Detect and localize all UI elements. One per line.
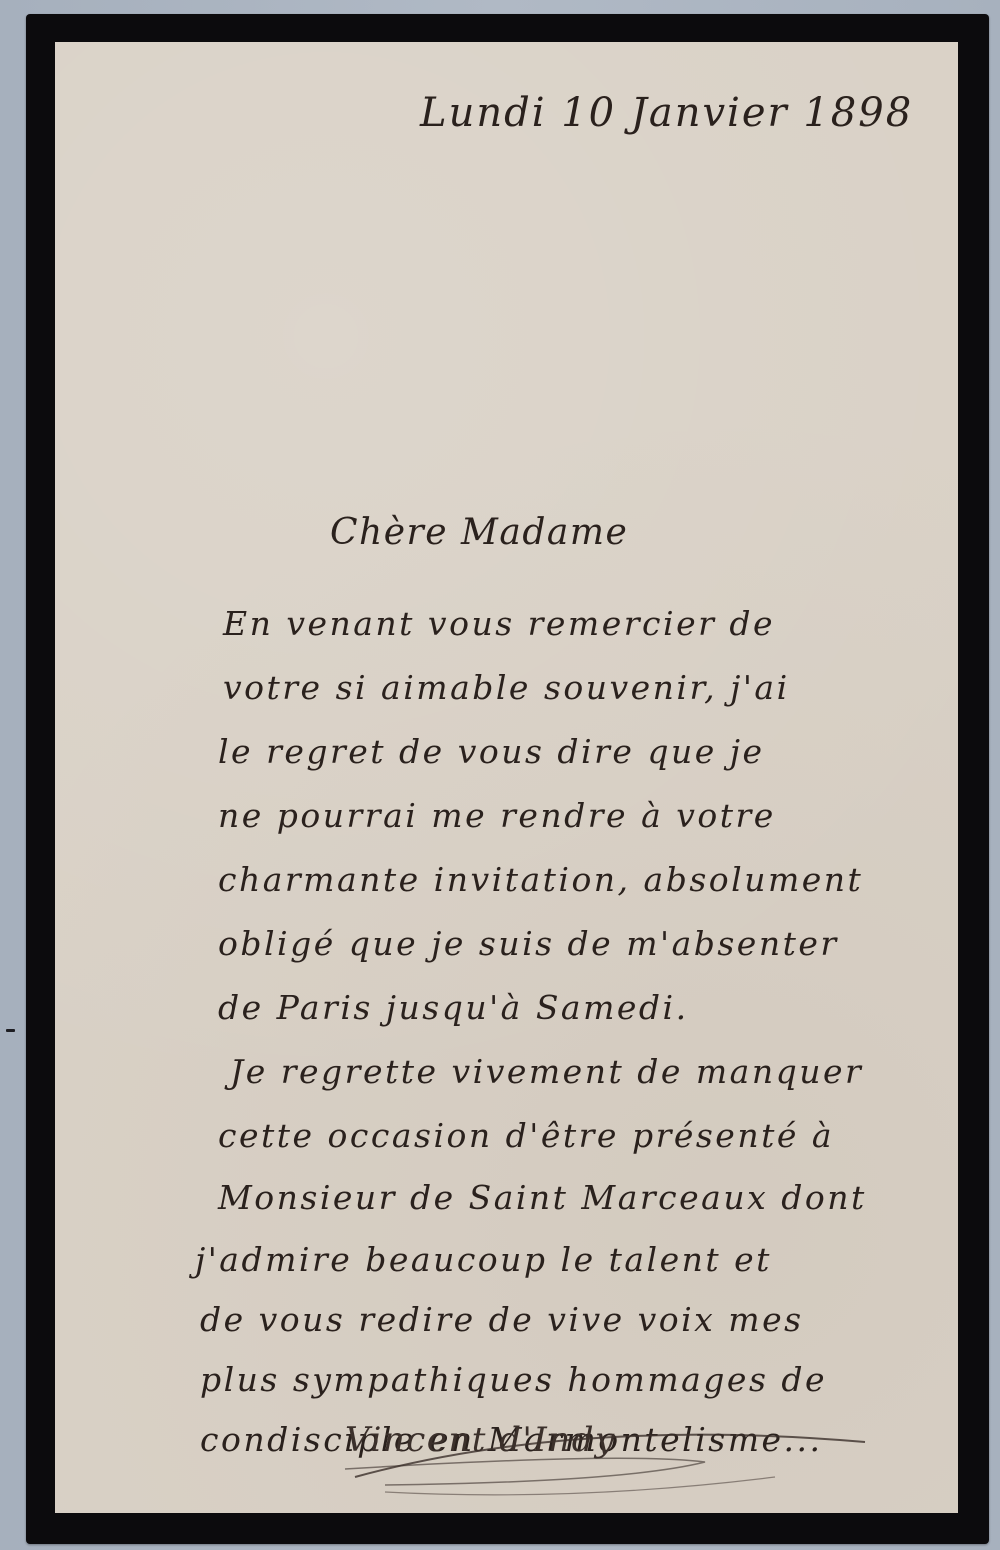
letter-signature: Vincent d'Indy	[345, 1420, 616, 1460]
letter-date: Lundi 10 Janvier 1898	[420, 90, 913, 136]
body-line-8: Je regrette vivement de manquer	[230, 1052, 863, 1091]
body-line-10: Monsieur de Saint Marceaux dont	[218, 1178, 867, 1217]
background-edge-mark	[6, 1029, 15, 1032]
body-line-4: ne pourrai me rendre à votre	[218, 796, 776, 835]
body-line-9: cette occasion d'être présenté à	[218, 1116, 834, 1155]
body-line-1: En venant vous remercier de	[223, 604, 775, 643]
body-line-3: le regret de vous dire que je	[218, 732, 765, 771]
body-line-6: obligé que je suis de m'absenter	[218, 924, 839, 963]
letter-salutation: Chère Madame	[330, 512, 628, 553]
letter-paper: Lundi 10 Janvier 1898 Chère Madame En ve…	[55, 42, 958, 1513]
body-line-7: de Paris jusqu'à Samedi.	[218, 988, 689, 1027]
body-line-5: charmante invitation, absolument	[218, 860, 863, 899]
body-line-11: j'admire beaucoup le talent et	[195, 1240, 772, 1279]
body-line-13: plus sympathiques hommages de	[200, 1360, 827, 1399]
body-line-12: de vous redire de vive voix mes	[200, 1300, 804, 1339]
body-line-2: votre si aimable souvenir, j'ai	[223, 668, 790, 707]
